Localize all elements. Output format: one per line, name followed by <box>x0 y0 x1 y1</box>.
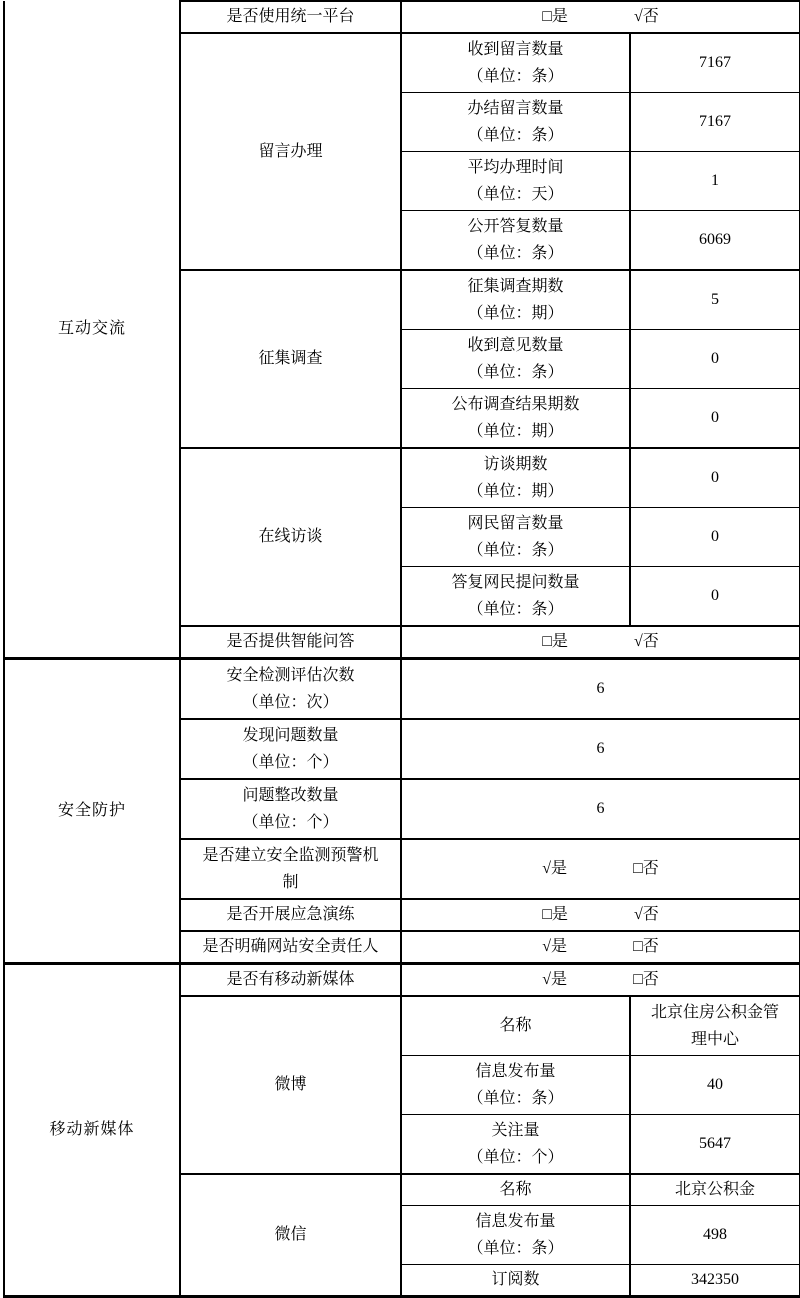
metric-label: 名称 <box>408 1013 623 1039</box>
metric-label-cell: 平均办理时间 （单位：天） <box>401 152 630 211</box>
metric-value-cell: 342350 <box>630 1265 800 1297</box>
group-title: 微博 <box>274 1076 306 1093</box>
metric-value-cell: 0 <box>630 567 800 627</box>
section-title-cell-security: 安全防护 <box>4 659 180 964</box>
emergency-drill-options-cell: □是 √否 <box>401 899 800 931</box>
metric-label: 问题整改数量 <box>187 782 394 809</box>
metric-value-cell: 1 <box>630 152 800 211</box>
metric-label-cell: 名称 <box>401 996 630 1056</box>
row-label: 是否建立安全监测预警机制 <box>202 847 378 891</box>
row-label: 是否明确网站安全责任人 <box>202 938 378 955</box>
yes-option: □是 <box>542 629 568 655</box>
metric-label: 收到留言数量 <box>408 36 623 63</box>
metric-unit: （单位：条） <box>408 359 623 386</box>
security-owner-label-cell: 是否明确网站安全责任人 <box>180 931 401 964</box>
metric-label: 平均办理时间 <box>408 154 623 181</box>
metric-label-cell: 公布调查结果期数 （单位：期） <box>401 389 630 449</box>
metric-unit: （单位：次） <box>187 689 394 716</box>
metric-label: 发现问题数量 <box>187 722 394 749</box>
metric-label-cell: 信息发布量 （单位：条） <box>401 1056 630 1115</box>
no-option: √否 <box>634 4 659 30</box>
no-option: □否 <box>633 967 659 993</box>
metric-label-cell: 安全检测评估次数 （单位：次） <box>180 659 401 720</box>
group-title-cell-weibo: 微博 <box>180 996 401 1174</box>
metric-value-cell: 498 <box>630 1206 800 1265</box>
yes-option: □是 <box>542 902 568 928</box>
emergency-drill-label-cell: 是否开展应急演练 <box>180 899 401 931</box>
metric-label-cell: 办结留言数量 （单位：条） <box>401 93 630 152</box>
metric-label-cell: 关注量 （单位：个） <box>401 1115 630 1175</box>
no-option: √否 <box>634 902 659 928</box>
table-row: 互动交流 是否使用统一平台 □是 √否 <box>4 1 800 33</box>
metric-label: 公开答复数量 <box>408 213 623 240</box>
metric-unit: （单位：条） <box>408 1085 623 1112</box>
group-title-cell-interview: 在线访谈 <box>180 448 401 626</box>
group-title: 微信 <box>274 1226 306 1243</box>
metric-label-cell: 信息发布量 （单位：条） <box>401 1206 630 1265</box>
metric-unit: （单位：期） <box>408 300 623 327</box>
metric-label: 订阅数 <box>408 1267 623 1293</box>
metric-label-cell: 访谈期数 （单位：期） <box>401 448 630 508</box>
metric-value-cell: 40 <box>630 1056 800 1115</box>
metric-label-cell: 答复网民提问数量 （单位：条） <box>401 567 630 627</box>
metric-label-cell: 收到留言数量 （单位：条） <box>401 33 630 93</box>
metric-label-cell: 名称 <box>401 1174 630 1206</box>
metric-value-cell: 7167 <box>630 33 800 93</box>
metric-label: 名称 <box>408 1177 623 1203</box>
metric-label-cell: 收到意见数量 （单位：条） <box>401 330 630 389</box>
section-title: 安全防护 <box>58 802 126 819</box>
section-title: 移动新媒体 <box>49 1121 134 1138</box>
row-label: 是否提供智能问答 <box>226 633 354 650</box>
table-row: 安全防护 安全检测评估次数 （单位：次） 6 <box>4 659 800 720</box>
table-row: 移动新媒体 是否有移动新媒体 √是 □否 <box>4 964 800 997</box>
metric-unit: （单位：期） <box>408 478 623 505</box>
metric-value-cell: 5647 <box>630 1115 800 1175</box>
has-mobile-label-cell: 是否有移动新媒体 <box>180 964 401 997</box>
metric-value-cell: 0 <box>630 330 800 389</box>
metric-unit: （单位：条） <box>408 63 623 90</box>
yes-option: □是 <box>542 4 568 30</box>
group-title-cell-message-handling: 留言办理 <box>180 33 401 270</box>
smart-qa-label-cell: 是否提供智能问答 <box>180 626 401 659</box>
metric-label: 关注量 <box>408 1117 623 1144</box>
no-option: √否 <box>634 629 659 655</box>
warning-mechanism-label-cell: 是否建立安全监测预警机制 <box>180 839 401 899</box>
metric-unit: （单位：个） <box>408 1144 623 1171</box>
metric-unit: （单位：条） <box>408 537 623 564</box>
metric-label: 答复网民提问数量 <box>408 569 623 596</box>
unified-platform-label-cell: 是否使用统一平台 <box>180 1 401 33</box>
metric-value-cell: 0 <box>630 448 800 508</box>
metric-unit: （单位：天） <box>408 181 623 208</box>
metric-unit: （单位：条） <box>408 240 623 267</box>
metric-unit: （单位：条） <box>408 122 623 149</box>
annual-report-table: 互动交流 是否使用统一平台 □是 √否 留言办理 收到留言数量 （单位：条） 7… <box>3 0 800 1298</box>
metric-label: 信息发布量 <box>408 1058 623 1085</box>
metric-label: 收到意见数量 <box>408 332 623 359</box>
metric-value-cell: 北京住房公积金管理中心 <box>630 996 800 1056</box>
metric-label: 信息发布量 <box>408 1208 623 1235</box>
metric-value-cell: 7167 <box>630 93 800 152</box>
metric-label-cell: 订阅数 <box>401 1265 630 1297</box>
section-title-cell-interaction: 互动交流 <box>4 1 180 659</box>
metric-label-cell: 网民留言数量 （单位：条） <box>401 508 630 567</box>
security-owner-options-cell: √是 □否 <box>401 931 800 964</box>
metric-label-cell: 公开答复数量 （单位：条） <box>401 211 630 271</box>
metric-value-cell: 北京公积金 <box>630 1174 800 1206</box>
metric-label: 安全检测评估次数 <box>187 662 394 689</box>
row-label: 是否使用统一平台 <box>226 8 354 25</box>
metric-unit: （单位：条） <box>408 596 623 623</box>
metric-value-cell: 6 <box>401 659 800 720</box>
unified-platform-options-cell: □是 √否 <box>401 1 800 33</box>
metric-label: 征集调查期数 <box>408 273 623 300</box>
yes-option: √是 <box>542 967 567 993</box>
section-title-cell-mobile: 移动新媒体 <box>4 964 180 1297</box>
metric-label-cell: 征集调查期数 （单位：期） <box>401 270 630 330</box>
metric-label-cell: 发现问题数量 （单位：个） <box>180 719 401 779</box>
has-mobile-options-cell: √是 □否 <box>401 964 800 997</box>
row-label: 是否有移动新媒体 <box>226 971 354 988</box>
row-label: 是否开展应急演练 <box>226 906 354 923</box>
smart-qa-options-cell: □是 √否 <box>401 626 800 659</box>
metric-unit: （单位：个） <box>187 749 394 776</box>
metric-label: 网民留言数量 <box>408 510 623 537</box>
metric-unit: （单位：期） <box>408 418 623 445</box>
metric-value-cell: 5 <box>630 270 800 330</box>
yes-option: √是 <box>542 934 567 960</box>
metric-label: 公布调查结果期数 <box>408 391 623 418</box>
metric-unit: （单位：条） <box>408 1235 623 1262</box>
group-title-cell-solicitation: 征集调查 <box>180 270 401 448</box>
group-title-cell-wechat: 微信 <box>180 1174 401 1297</box>
metric-label: 访谈期数 <box>408 451 623 478</box>
yes-option: √是 <box>542 856 567 882</box>
metric-value-cell: 0 <box>630 389 800 449</box>
metric-label-cell: 问题整改数量 （单位：个） <box>180 779 401 839</box>
no-option: □否 <box>633 934 659 960</box>
metric-value-cell: 6 <box>401 719 800 779</box>
group-title: 留言办理 <box>258 143 322 160</box>
metric-label: 办结留言数量 <box>408 95 623 122</box>
report-table: 互动交流 是否使用统一平台 □是 √否 留言办理 收到留言数量 （单位：条） 7… <box>0 0 800 1298</box>
metric-value-cell: 6 <box>401 779 800 839</box>
warning-mechanism-options-cell: √是 □否 <box>401 839 800 899</box>
group-title: 征集调查 <box>258 350 322 367</box>
no-option: □否 <box>633 856 659 882</box>
group-title: 在线访谈 <box>258 528 322 545</box>
metric-unit: （单位：个） <box>187 809 394 836</box>
section-title: 互动交流 <box>58 320 126 337</box>
metric-value-cell: 6069 <box>630 211 800 271</box>
metric-value-cell: 0 <box>630 508 800 567</box>
